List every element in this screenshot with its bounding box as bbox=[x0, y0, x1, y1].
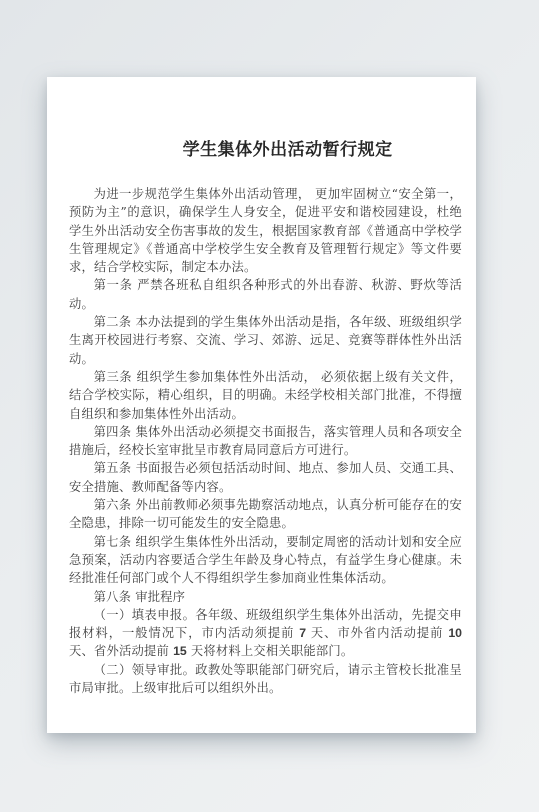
paragraph: 第四条 集体外出活动必须提交书面报告，落实管理人员和各项安全措施后，经校长室审批… bbox=[69, 423, 462, 460]
document-body: 为进一步规范学生集体外出活动管理， 更加牢固树立“安全第一，预防为主”的意识，确… bbox=[69, 185, 462, 697]
paragraph: 第六条 外出前教师必须事先勘察活动地点，认真分析可能存在的安全隐患，排除一切可能… bbox=[69, 496, 462, 533]
paragraph: （一）填表申报。各年级、班级组织学生集体外出活动，先提交申报材料，一般情况下，市… bbox=[69, 606, 462, 661]
paragraph: 第一条 严禁各班私自组织各种形式的外出春游、秋游、野炊等活动。 bbox=[69, 276, 462, 313]
bold-number: 15 bbox=[173, 644, 187, 658]
text-run: 为进一步规范学生集体外出活动管理， 更加牢固树立“安全第一，预防为主”的意识，确… bbox=[69, 187, 462, 274]
text-run: 第三条 组织学生参加集体性外出活动， 必须依据上级有关文件，结合学校实际，精心组… bbox=[69, 370, 462, 421]
text-run: 第七条 组织学生集体性外出活动，要制定周密的活动计划和安全应急预案，活动内容要适… bbox=[69, 535, 462, 586]
text-run: （二）领导审批。政教处等职能部门研究后，请示主管校长批准呈市局审批。上级审批后可… bbox=[69, 663, 462, 695]
document-title: 学生集体外出活动暂行规定 bbox=[69, 141, 462, 159]
text-run: 第六条 外出前教师必须事先勘察活动地点，认真分析可能存在的安全隐患，排除一切可能… bbox=[69, 498, 462, 530]
paragraph: 第三条 组织学生参加集体性外出活动， 必须依据上级有关文件，结合学校实际，精心组… bbox=[69, 368, 462, 423]
paragraph: 第八条 审批程序 bbox=[69, 588, 462, 606]
text-run: 第五条 书面报告必须包括活动时间、地点、参加人员、交通工具、安全措施、教师配备等… bbox=[69, 461, 462, 493]
bold-number: 7 bbox=[299, 626, 306, 640]
paragraph: 第七条 组织学生集体性外出活动，要制定周密的活动计划和安全应急预案，活动内容要适… bbox=[69, 533, 462, 588]
bold-number: 10 bbox=[448, 626, 462, 640]
paragraph: （二）领导审批。政教处等职能部门研究后，请示主管校长批准呈市局审批。上级审批后可… bbox=[69, 661, 462, 698]
paragraph: 第五条 书面报告必须包括活动时间、地点、参加人员、交通工具、安全措施、教师配备等… bbox=[69, 459, 462, 496]
text-run: 天将材料上交相关职能部门。 bbox=[187, 644, 354, 658]
paragraph: 为进一步规范学生集体外出活动管理， 更加牢固树立“安全第一，预防为主”的意识，确… bbox=[69, 185, 462, 276]
paragraph: 第二条 本办法提到的学生集体外出活动是指，各年级、班级组织学生离开校园进行考察、… bbox=[69, 313, 462, 368]
text-run: 第二条 本办法提到的学生集体外出活动是指，各年级、班级组织学生离开校园进行考察、… bbox=[69, 315, 462, 366]
text-run: 天、省外活动提前 bbox=[69, 644, 173, 658]
text-run: 第八条 审批程序 bbox=[94, 590, 186, 604]
document-page: 学生集体外出活动暂行规定 为进一步规范学生集体外出活动管理， 更加牢固树立“安全… bbox=[47, 77, 476, 733]
text-run: 天、市外省内活动提前 bbox=[306, 626, 448, 640]
text-run: 第四条 集体外出活动必须提交书面报告，落实管理人员和各项安全措施后，经校长室审批… bbox=[69, 425, 462, 457]
text-run: 第一条 严禁各班私自组织各种形式的外出春游、秋游、野炊等活动。 bbox=[69, 278, 462, 310]
